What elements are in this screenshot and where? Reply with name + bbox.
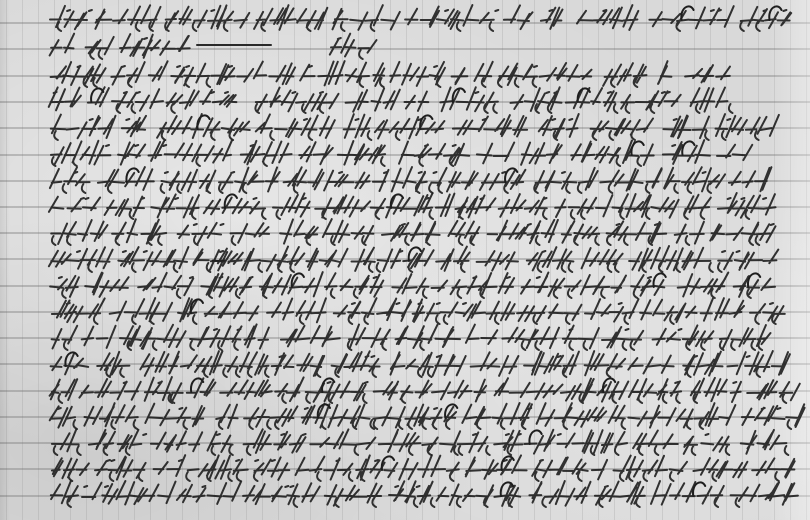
handwritten-line [0,480,810,510]
cipher-word [96,4,158,34]
cipher-word [112,218,168,248]
cipher-word [466,323,496,353]
cipher-word [118,323,182,353]
cipher-word [50,32,76,62]
cipher-word [502,323,556,353]
cipher-word [450,218,480,248]
cipher-word [118,139,140,169]
cipher-word [740,4,790,34]
cipher-word [50,86,78,116]
cipher-word [165,4,247,34]
cipher-word [242,480,316,510]
cipher-word [690,86,730,116]
cipher-word [50,4,90,34]
cipher-word [212,139,234,169]
handwritten-text-block: Scanned page of lined grid paper covered… [0,0,810,520]
cipher-word [440,86,500,116]
cipher-word [438,480,488,510]
cipher-word [594,480,646,510]
cipher-word [255,86,335,116]
cipher-word [710,218,770,248]
cipher-word [102,480,170,510]
cipher-word [502,4,532,34]
cipher-word [50,139,76,169]
cipher-word [118,32,190,62]
ink-dash-line [196,44,272,46]
cipher-word [560,218,600,248]
cipher-word [405,4,495,34]
cipher-word [50,218,102,248]
cipher-word [200,86,238,116]
cipher-word [280,323,342,353]
handwritten-line [0,86,810,116]
cipher-word [255,4,325,34]
cipher-word [600,323,644,353]
cipher-word [654,480,724,510]
cipher-word [662,139,710,169]
cipher-word [648,4,730,34]
cipher-word [148,139,208,169]
cipher-word [476,139,510,169]
cipher-word [50,480,96,510]
cipher-word [486,218,554,248]
cipher-word [110,86,146,116]
cipher-word [394,323,460,353]
cipher-word [730,480,798,510]
cipher-word [380,218,440,248]
cipher-word [86,86,104,116]
cipher-word [510,86,562,116]
cipher-word [176,218,224,248]
cipher-word [540,4,564,34]
cipher-word [190,323,270,353]
cipher-word [324,480,382,510]
document-description: Scanned page of lined grid paper covered… [0,0,1,1]
cipher-word [348,323,388,353]
cipher-word [336,139,386,169]
handwritten-line [0,32,810,62]
handwritten-line [0,323,810,353]
cipher-word [388,480,432,510]
cipher-word [570,139,620,169]
cipher-word [345,86,395,116]
handwritten-line [0,139,810,169]
handwritten-line [0,218,810,248]
cipher-word [403,86,431,116]
cipher-word [230,218,272,248]
cipher-word [652,323,712,353]
cipher-word [80,323,110,353]
cipher-word [84,32,108,62]
cipher-word [528,480,588,510]
cipher-word [606,218,668,248]
cipher-word [718,323,768,353]
cipher-word [562,323,594,353]
cipher-word [674,218,704,248]
cipher-word [494,480,522,510]
manuscript-page: Scanned page of lined grid paper covered… [0,0,810,520]
cipher-word [625,139,655,169]
cipher-word [333,4,395,34]
cipher-word [400,139,470,169]
cipher-word [565,86,615,116]
cipher-word [620,86,678,116]
cipher-word [178,480,236,510]
cipher-word [298,139,328,169]
cipher-word [330,32,370,62]
cipher-word [520,139,560,169]
cipher-word [578,4,638,34]
cipher-word [716,139,748,169]
cipher-word [240,139,292,169]
cipher-word [325,218,375,248]
cipher-word [50,323,72,353]
cipher-word [82,139,112,169]
handwritten-line [0,4,810,34]
cipher-word [280,218,318,248]
cipher-word [150,86,194,116]
